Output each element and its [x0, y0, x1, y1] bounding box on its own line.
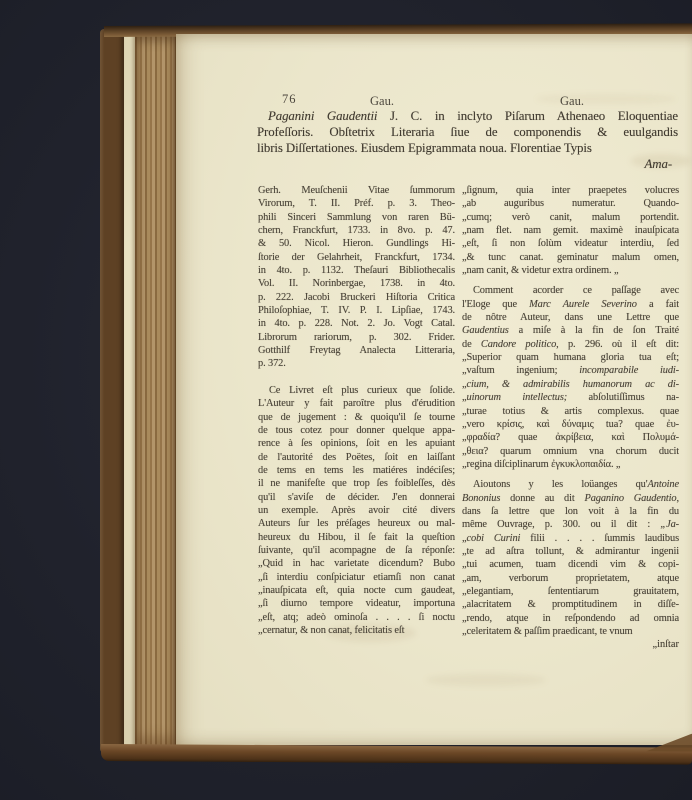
text-line: qu'il s'aviſe de décider. J'en donnerai [258, 491, 455, 504]
text-run: & 50. Nicol. Hieron. Gundlings Hi- [258, 238, 455, 249]
text-line: „eſt, atq; adeò ominoſa . . . . ſi noctu [258, 611, 455, 624]
text-run: Vol. II. Norinbergae, 1738. in 4to. [258, 278, 455, 289]
text-line: „elegantiam, ſententiarum grauitatem, [462, 585, 679, 598]
text-run: „φραδία? quae ἀκρίβεια, καὶ Πολυμά- [462, 432, 679, 443]
text-run: Librorum rariorum, p. 302. Frider. [258, 332, 455, 343]
text-line: „Quid in hac varietate dicendum? Bubo [258, 557, 455, 570]
text-line: in 4to. p. 228. Not. 2. Jo. Vogt Catal. [258, 317, 455, 330]
text-run: „celeritatem & paſſim praedicant, te vnu… [462, 626, 633, 637]
text-run: „eſt, atq; adeò ominoſa . . . . ſi noctu [258, 612, 455, 623]
text-run: Gotthilf Freytag Analecta Litteraria, [258, 345, 455, 356]
text-run: „am, verborum proprietatem, atque [462, 573, 679, 584]
text-line: de nôtre Auteur, dans une Lettre que [462, 311, 679, 324]
paper-stain [426, 674, 546, 686]
text-line: chern, Franckfurt, 1733. in 8vo. p. 47. [258, 224, 455, 237]
text-run: a fait [637, 299, 679, 310]
text-line: „ſignum, quia inter praepetes volucres [462, 184, 679, 197]
paragraph: Ce Livret eſt plus curieux que ſolide.L'… [258, 384, 455, 638]
text-line: „nam flet. nam gemit. maximè inauſpicata [462, 224, 679, 237]
text-line: „inauſpicata eſt, quia nocte cum gaudeat… [258, 584, 455, 597]
text-run: qu'il s'aviſe de décider. J'en donnerai [258, 492, 455, 503]
text-line: dans ſa lettre que lon voit à la fin du [462, 505, 679, 518]
text-line: Aioutons y les loüanges qu'Antoine [462, 478, 679, 491]
text-line: „vaſtum ingenium; incomparabile iudi- [462, 364, 679, 377]
running-head-left: Gau. [322, 94, 442, 109]
text-run: Candore politico [481, 339, 556, 350]
text-line: ſuivante, qu'il acompagne de ſa réponſe: [258, 544, 455, 557]
page-header: 76 Gau. Gau. [176, 92, 692, 108]
text-line: p. 222. Jacobi Bruckeri Hiſtoria Critica [258, 291, 455, 304]
text-column-right: „ſignum, quia inter praepetes volucres„a… [462, 184, 679, 652]
text-run: „rendo, atque in reſpondendo ad omnia [462, 613, 679, 624]
catchword: „inſtar [462, 638, 679, 651]
text-line: libris Diſſertationes. Eiusdem Epigramma… [257, 142, 678, 158]
text-run: de [462, 339, 481, 350]
page-number: 76 [282, 92, 297, 107]
text-run: cium, & admirabilis humanorum ac di- [467, 379, 680, 390]
text-run: Gerh. Meuſchenii Vitae ſummorum [258, 185, 455, 196]
text-line: „θεια? quarum omnium vna chorum ducit [462, 445, 679, 458]
text-line: Gotthilf Freytag Analecta Litteraria, [258, 344, 455, 357]
text-run: „vaſtum ingenium; [462, 365, 579, 376]
text-line: même Ouvrage, p. 300. ou il dit : „Ja- [462, 518, 679, 531]
text-line: „cumq; verò canit, malum portendit. [462, 211, 679, 224]
text-run: phili Sinceri Sammlung von raren Bü- [258, 212, 455, 223]
text-run: rence à ſes opinions, ſoit en les apuian… [258, 438, 455, 449]
text-line: un exemple. Après avoir cité divers [258, 504, 455, 517]
text-run: „nam flet. nam gemit. maximè inauſpicata [462, 225, 679, 236]
text-run: L'Auteur y fait paroître plus d'éruditio… [258, 398, 455, 409]
text-run: donne au dit [500, 493, 584, 504]
text-line: p. 372. [258, 357, 455, 370]
text-run: de tems en tems les matiéres indéciſes; [258, 465, 455, 476]
text-line: rence à ſes opinions, ſoit en les apuian… [258, 437, 455, 450]
text-run: Virorum, T. II. Préf. p. 3. Theo- [258, 198, 455, 209]
text-line: l'Eloge que Marc Aurele Severino a fait [462, 298, 679, 311]
text-run: chern, Franckfurt, 1733. in 8vo. p. 47. [258, 225, 455, 236]
text-run: Bononius [462, 493, 500, 504]
catchword: Ama- [257, 157, 678, 173]
text-run: l'Eloge que [462, 299, 529, 310]
paragraph: Comment acorder ce paſſage avecl'Eloge q… [462, 284, 679, 471]
text-run: Gaudentius [462, 325, 509, 336]
text-run: de nôtre Auteur, dans une Lettre que [462, 312, 679, 323]
text-run: „Superior quam humana gloria tua eſt; [462, 352, 679, 363]
paragraph: Aioutons y les loüanges qu'AntoineBononi… [462, 478, 679, 638]
text-run: ſtorie der Gelahrheit, Franckfurt, 1734. [258, 252, 455, 263]
text-run: „ab auguribus numeratur. Quando- [462, 198, 679, 209]
text-line: Comment acorder ce paſſage avec [462, 284, 679, 297]
text-line: „ſi interdiu conſpiciatur etiamſi non ca… [258, 571, 455, 584]
text-run: „θεια? quarum omnium vna chorum ducit [462, 446, 679, 457]
text-line: „turae totius & artis complexus. quae [462, 405, 679, 418]
text-line: „ab auguribus numeratur. Quando- [462, 197, 679, 210]
text-run: p. 372. [258, 358, 286, 369]
text-run: il ne manifeſte que trop ſes foibleſſes,… [258, 478, 455, 489]
text-line: „tui acumen, tuam dicendi vim & copi- [462, 558, 679, 571]
text-run: abſolutiſſimus na- [567, 392, 679, 403]
text-line: in 4to. p. 1132. Theſauri Bibliothecalis [258, 264, 455, 277]
text-line: „am, verborum proprietatem, atque [462, 572, 679, 585]
text-run: a miſe à la fin de ſon Traité [509, 325, 679, 336]
text-run: Antoine [648, 479, 679, 490]
text-run: incomparabile iudi- [579, 365, 679, 376]
text-run: in 4to. p. 228. Not. 2. Jo. Vogt Catal. [258, 318, 455, 329]
text-run: ſuivante, qu'il acompagne de ſa réponſe: [258, 545, 455, 556]
text-line: „uinorum intellectus; abſolutiſſimus na- [462, 391, 679, 404]
text-run: „Quid in hac varietate dicendum? Bubo [258, 558, 455, 569]
text-run: „cernatur, & non canat, felicitatis eſt [258, 625, 404, 636]
text-run: Paganino Gaudentio [584, 493, 676, 504]
text-run: „ſi diurno tempore videatur, importuna [258, 598, 455, 609]
text-run: „alacritatem & promptitudinem in diſſe- [462, 599, 679, 610]
text-line: „rendo, atque in reſpondendo ad omnia [462, 612, 679, 625]
text-line: Ce Livret eſt plus curieux que ſolide. [258, 384, 455, 397]
text-run: de l'autorité des Poëtes, ſoit en laiſſa… [258, 452, 455, 463]
text-line: Paganini Gaudentii J. C. in inclyto Piſa… [257, 110, 678, 126]
text-run: „& tunc canat. geminatur malum omen, [462, 252, 679, 263]
text-line: ſtorie der Gelahrheit, Franckfurt, 1734. [258, 251, 455, 264]
text-run: „elegantiam, ſententiarum grauitatem, [462, 586, 679, 597]
text-line: „alacritatem & promptitudinem in diſſe- [462, 598, 679, 611]
text-line: phili Sinceri Sammlung von raren Bü- [258, 211, 455, 224]
text-run: p. 222. Jacobi Bruckeri Hiſtoria Critica [258, 292, 455, 303]
book-bottom-edge [101, 744, 692, 765]
book-page: 76 Gau. Gau. Paganini Gaudentii J. C. in… [176, 34, 692, 745]
text-line: „cium, & admirabilis humanorum ac di- [462, 378, 679, 391]
text-run: Auteurs ſur les préſages heureux ou mal- [258, 518, 455, 529]
text-line: „eſt, ſi non ſolùm videatur interdiu, ſe… [462, 237, 679, 250]
text-line: „te ad aſtra tollunt, & admirantur ingen… [462, 545, 679, 558]
flyleaf-edge [124, 33, 135, 749]
text-line: de l'autorité des Poëtes, ſoit en laiſſa… [258, 451, 455, 464]
text-run: „turae totius & artis complexus. quae [462, 406, 679, 417]
text-run: , p. 296. où il eſt dit: [556, 339, 679, 350]
text-line: „Superior quam humana gloria tua eſt; [462, 351, 679, 364]
text-line: de tous cotez pour donner quelque appa- [258, 424, 455, 437]
text-run: „tui acumen, tuam dicendi vim & copi- [462, 559, 679, 570]
text-line: Bononius donne au dit Paganino Gaudentio… [462, 492, 679, 505]
text-run: Profeſſoris. Obſtetrix Literaria ſiue de… [257, 126, 678, 139]
text-run: „ſi interdiu conſpiciatur etiamſi non ca… [258, 572, 455, 583]
text-run: un exemple. Après avoir cité divers [258, 505, 455, 516]
text-line: Vol. II. Norinbergae, 1738. in 4to. [258, 277, 455, 290]
book-cover-spine-edge [100, 29, 124, 755]
text-line: heureux du Hibou, il ſe fait la queſtion [258, 531, 455, 544]
text-run: cobi Curini [467, 533, 521, 544]
text-run: libris Diſſertationes. Eiusdem Epigramma… [257, 142, 592, 155]
text-line: de Candore politico, p. 296. où il eſt d… [462, 338, 679, 351]
text-run: Philoſophiae, T. IV. P. I. Lipſiae, 1743… [258, 305, 455, 316]
running-head-right: Gau. [512, 94, 632, 109]
paragraph: „ſignum, quia inter praepetes volucres„a… [462, 184, 679, 277]
text-run: „Ja- [660, 519, 679, 530]
entry-title-block: Paganini Gaudentii J. C. in inclyto Piſa… [257, 110, 678, 173]
text-line: & 50. Nicol. Hieron. Gundlings Hi- [258, 237, 455, 250]
text-line: „regina diſciplinarum ἐγκυκλοπαιδία. „ [462, 458, 679, 471]
text-line: Virorum, T. II. Préf. p. 3. Theo- [258, 197, 455, 210]
text-run: „cumq; verò canit, malum portendit. [462, 212, 679, 223]
text-run: filii . . . . ſummis laudibus [520, 533, 679, 544]
text-run: „vero κρίσις, καὶ δύναμις tua? quae ἐυ- [462, 419, 679, 430]
text-line: que de jugement : & quoiqu'il ſe tourne [258, 411, 455, 424]
text-run: Marc Aurele Severino [529, 299, 637, 310]
text-line: il ne manifeſte que trop ſes foibleſſes,… [258, 477, 455, 490]
text-line: Gaudentius a miſe à la fin de ſon Traité [462, 324, 679, 337]
text-line: „ſi diurno tempore videatur, importuna [258, 597, 455, 610]
text-line: „nam canit, & videtur extra ordinem. „ [462, 264, 679, 277]
text-column-left: Gerh. Meuſchenii Vitae ſummorumVirorum, … [258, 184, 455, 637]
text-run: „eſt, ſi non ſolùm videatur interdiu, ſe… [462, 238, 679, 249]
text-run: , [677, 493, 679, 504]
text-run: dans ſa lettre que lon voit à la fin du [462, 506, 679, 517]
text-line: Gerh. Meuſchenii Vitae ſummorum [258, 184, 455, 197]
text-run: Paganini Gaudentii [268, 110, 377, 123]
text-line: „& tunc canat. geminatur malum omen, [462, 251, 679, 264]
text-line: Profeſſoris. Obſtetrix Literaria ſiue de… [257, 126, 678, 142]
text-run: „nam canit, & videtur extra ordinem. „ [462, 265, 618, 276]
text-run: „ſignum, quia inter praepetes volucres [462, 185, 679, 196]
text-line: „φραδία? quae ἀκρίβεια, καὶ Πολυμά- [462, 431, 679, 444]
text-line: „vero κρίσις, καὶ δύναμις tua? quae ἐυ- [462, 418, 679, 431]
text-run: heureux du Hibou, il ſe fait la queſtion [258, 532, 455, 543]
text-run: „regina diſciplinarum ἐγκυκλοπαιδία. „ [462, 459, 620, 470]
photo-background: 76 Gau. Gau. Paganini Gaudentii J. C. in… [0, 0, 692, 800]
text-line: de tems en tems les matiéres indéciſes; [258, 464, 455, 477]
text-run: Aioutons y les loüanges qu' [473, 479, 648, 490]
text-line: „celeritatem & paſſim praedicant, te vnu… [462, 625, 679, 638]
text-run: que de jugement : & quoiqu'il ſe tourne [258, 412, 455, 423]
text-run: „inauſpicata eſt, quia nocte cum gaudeat… [258, 585, 455, 596]
text-line: Philoſophiae, T. IV. P. I. Lipſiae, 1743… [258, 304, 455, 317]
text-run: „te ad aſtra tollunt, & admirantur ingen… [462, 546, 679, 557]
text-line: „cernatur, & non canat, felicitatis eſt [258, 624, 455, 637]
text-run: de tous cotez pour donner quelque appa- [258, 425, 455, 436]
page-block-fore-edge [135, 31, 177, 749]
paragraph: Gerh. Meuſchenii Vitae ſummorumVirorum, … [258, 184, 455, 371]
text-run: uinorum intellectus; [467, 392, 568, 403]
text-run: même Ouvrage, p. 300. ou il dit : [462, 519, 660, 530]
text-line: Auteurs ſur les préſages heureux ou mal- [258, 517, 455, 530]
text-line: „cobi Curini filii . . . . ſummis laudib… [462, 532, 679, 545]
text-line: Librorum rariorum, p. 302. Frider. [258, 331, 455, 344]
text-run: Ce Livret eſt plus curieux que ſolide. [269, 385, 455, 396]
text-run: Comment acorder ce paſſage avec [473, 285, 679, 296]
text-run: J. C. in inclyto Piſarum Athenaeo Eloque… [377, 110, 678, 123]
text-run: in 4to. p. 1132. Theſauri Bibliothecalis [258, 265, 455, 276]
text-line: L'Auteur y fait paroître plus d'éruditio… [258, 397, 455, 410]
